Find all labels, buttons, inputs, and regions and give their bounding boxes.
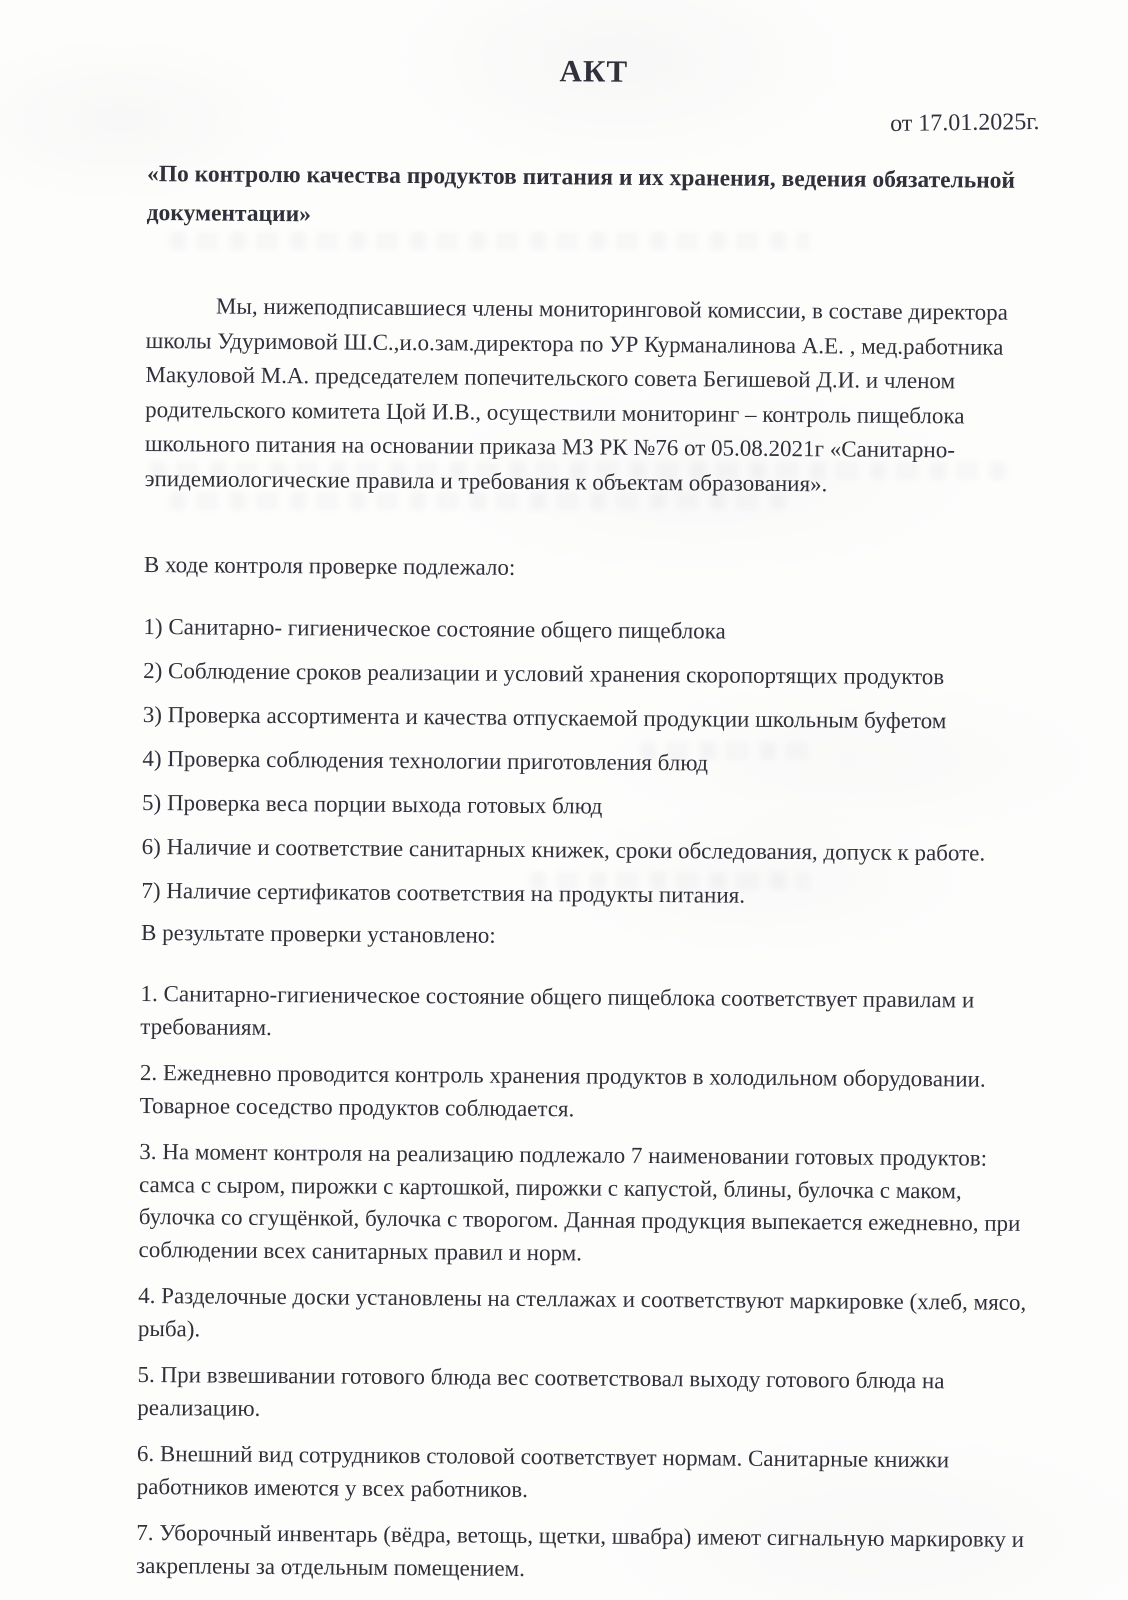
inspection-scope-list: 1) Санитарно- гигиеническое состояние об… — [141, 612, 1035, 913]
document-date: от 17.01.2025г. — [147, 109, 1039, 148]
scope-item-1: 1) Санитарно- гигиеническое состояние об… — [143, 612, 1035, 649]
finding-item-6: 6. Внешний вид сотрудников столовой соот… — [137, 1438, 1029, 1510]
scope-item-3: 3) Проверка ассортимента и качества отпу… — [143, 700, 1035, 737]
finding-item-5: 5. При взвешивании готового блюда вес со… — [137, 1359, 1029, 1431]
finding-item-7: 7. Уборочный инвентарь (вёдра, ветощь, щ… — [136, 1517, 1028, 1589]
findings-heading: В результате проверки установлено: — [141, 920, 1033, 953]
finding-item-2: 2. Ежедневно проводится контроль хранени… — [140, 1057, 1032, 1129]
act-document: АКТ от 17.01.2025г. «По контролю качеств… — [136, 50, 1040, 1600]
scope-item-6: 6) Наличие и соответствие санитарных кни… — [142, 832, 1034, 869]
scope-item-4: 4) Проверка соблюдения технологии пригот… — [142, 744, 1034, 781]
finding-item-3: 3. На момент контроля на реализацию подл… — [138, 1136, 1031, 1273]
findings-list: 1. Санитарно-гигиеническое состояние общ… — [136, 978, 1033, 1589]
finding-item-1: 1. Санитарно-гигиеническое состояние общ… — [140, 978, 1032, 1050]
inspection-scope-heading: В ходе контроля проверке подлежало: — [144, 552, 1036, 585]
scope-item-5: 5) Проверка веса порции выхода готовых б… — [142, 788, 1034, 825]
scope-item-7: 7) Наличие сертификатов соответствия на … — [141, 876, 1033, 913]
finding-item-4: 4. Разделочные доски установлены на стел… — [138, 1280, 1030, 1352]
scanned-act-document-page: АКТ от 17.01.2025г. «По контролю качеств… — [0, 0, 1128, 1600]
scope-item-2: 2) Соблюдение сроков реализации и услови… — [143, 656, 1035, 693]
document-title: АКТ — [148, 50, 1040, 93]
intro-paragraph: Мы, нижеподписавшиеся члены мониторингов… — [144, 289, 1038, 503]
document-subject: «По контролю качества продуктов питания … — [147, 155, 1032, 240]
